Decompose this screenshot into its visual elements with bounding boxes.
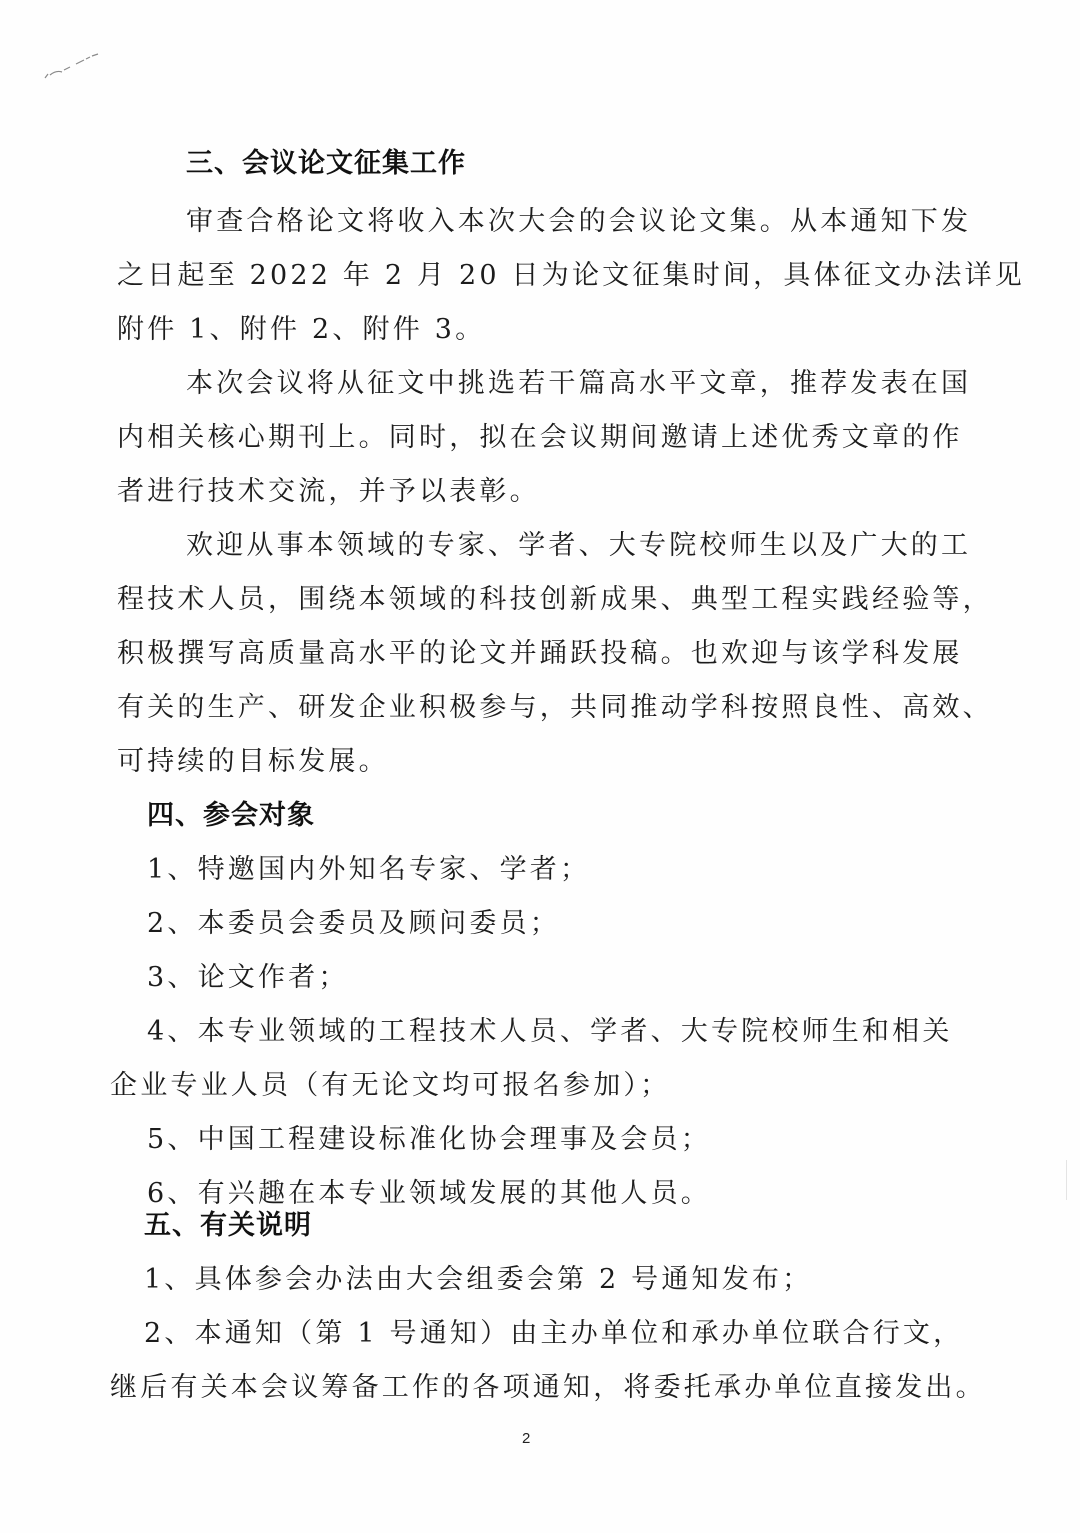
paragraph-line: 者进行技术交流，并予以表彰。: [117, 476, 540, 508]
scan-edge-line: [1066, 1160, 1067, 1200]
list-item: 5、中国工程建设标准化协会理事及会员；: [147, 1124, 711, 1156]
paragraph-line: 本次会议将从征文中挑选若干篇高水平文章，推荐发表在国: [186, 368, 971, 400]
list-item: 3、论文作者；: [147, 962, 349, 994]
list-item: 2、本通知（第 1 号通知）由主办单位和承办单位联合行文，: [144, 1318, 963, 1350]
paragraph-line: 之日起至 2022 年 2 月 20 日为论文征集时间，具体征文办法详见: [117, 260, 1025, 292]
document-page: 三、会议论文征集工作 审查合格论文将收入本次大会的会议论文集。从本通知下发 之日…: [0, 0, 1080, 1533]
paragraph-line: 程技术人员，围绕本领域的科技创新成果、典型工程实践经验等，: [117, 584, 993, 616]
paragraph-line: 有关的生产、研发企业积极参与，共同推动学科按照良性、高效、: [117, 692, 993, 724]
list-item: 1、具体参会办法由大会组委会第 2 号通知发布；: [144, 1264, 812, 1296]
list-item: 4、本专业领域的工程技术人员、学者、大专院校师生和相关: [147, 1016, 953, 1048]
section-heading-paper-collection: 三、会议论文征集工作: [186, 148, 466, 180]
list-item: 2、本委员会委员及顾问委员；: [147, 908, 560, 940]
list-item-continuation: 继后有关本会议筹备工作的各项通知，将委托承办单位直接发出。: [110, 1372, 986, 1404]
paragraph-line: 积极撰写高质量高水平的论文并踊跃投稿。也欢迎与该学科发展: [117, 638, 963, 670]
list-item-continuation: 企业专业人员（有无论文均可报名参加）；: [110, 1070, 670, 1102]
paragraph-line: 审查合格论文将收入本次大会的会议论文集。从本通知下发: [186, 206, 971, 238]
section-heading-notes: 五、有关说明: [144, 1210, 312, 1242]
paragraph-line: 可持续的目标发展。: [117, 746, 389, 778]
scan-artifact-mark: [40, 40, 110, 80]
page-number: 2: [522, 1430, 530, 1447]
list-item: 6、有兴趣在本专业领域发展的其他人员。: [147, 1178, 711, 1210]
paragraph-line: 欢迎从事本领域的专家、学者、大专院校师生以及广大的工: [186, 530, 971, 562]
paragraph-line: 内相关核心期刊上。同时，拟在会议期间邀请上述优秀文章的作: [117, 422, 963, 454]
section-heading-attendees: 四、参会对象: [147, 800, 315, 832]
paragraph-line: 附件 1、附件 2、附件 3。: [117, 314, 485, 346]
list-item: 1、特邀国内外知名专家、学者；: [147, 854, 590, 886]
